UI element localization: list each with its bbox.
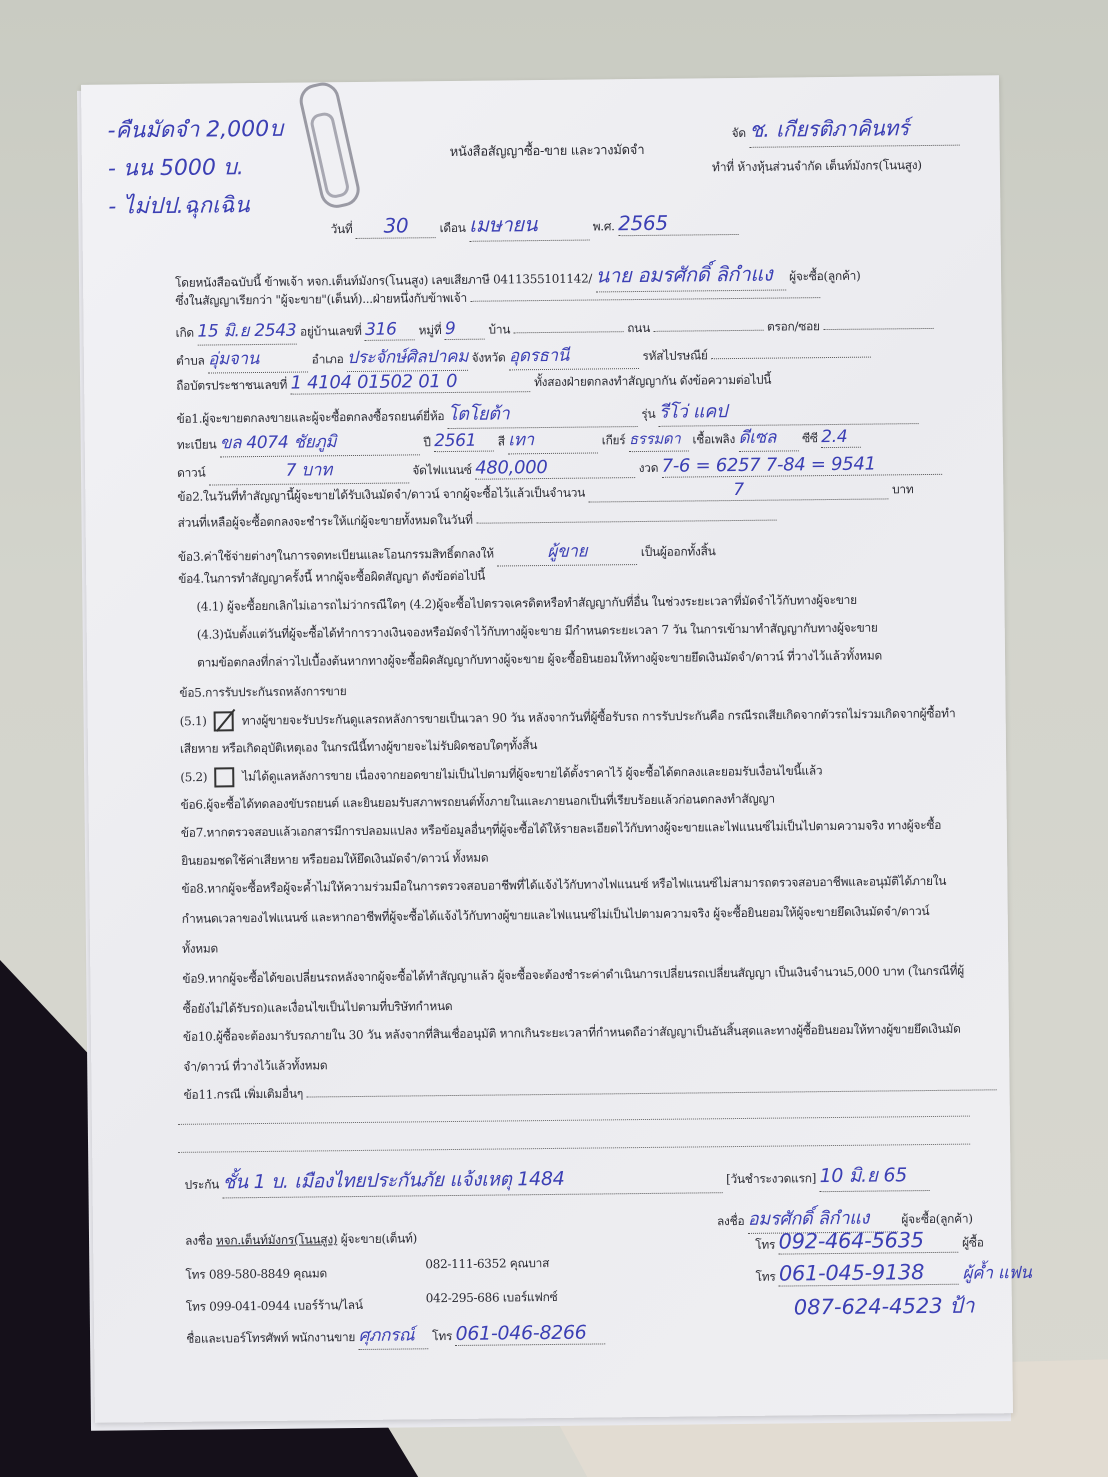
buyer-phone-1: โทร 092-464-5635 ผู้ซื้อ bbox=[755, 1227, 984, 1254]
year-value: 2565 bbox=[618, 210, 738, 236]
document-title: หนังสือสัญญาซื้อ-ขาย และวางมัดจำ bbox=[450, 139, 645, 162]
down-value: 7 บาท bbox=[209, 455, 409, 485]
clause-7: ข้อ7.หากตรวจสอบแล้วเอกสารมีการปลอมแปลง ห… bbox=[181, 816, 941, 843]
seller-signature: ลงชื่อ หจก.เต็นท์มังกร(โนนสูง) ผู้จะขาย(… bbox=[185, 1229, 417, 1250]
clause-4: ข้อ4.ในการทำสัญญาครั้งนี้ หากผู้จะซื้อผิ… bbox=[178, 567, 485, 589]
clause-10: ข้อ10.ผู้ซื้อจะต้องมารับรถภายใน 30 วัน ห… bbox=[183, 1020, 961, 1047]
reg-value: ขล 4074 ชัยภูมิ bbox=[220, 427, 420, 457]
color-value: เทา bbox=[508, 425, 598, 454]
buyer-suffix: ผู้จะซื้อ(ลูกค้า) bbox=[789, 269, 860, 284]
seller-phone-3: โทร 099-041-0944 เบอร์ร้าน/ไลน์ bbox=[186, 1296, 363, 1317]
born-label: เกิด bbox=[176, 326, 194, 340]
amphoe-label: อำเภอ bbox=[311, 352, 343, 366]
clause-5-1-label: (5.1) bbox=[180, 714, 207, 728]
road-label: ถนน bbox=[627, 321, 650, 335]
finance-label: จัดไฟแนนซ์ bbox=[412, 463, 471, 478]
clause-11-text: ข้อ11.กรณี เพิ่มเติมอื่นๆ bbox=[184, 1087, 303, 1102]
date-line: วันที่ 30 เดือน เมษายน พ.ศ. 2565 bbox=[330, 206, 738, 243]
clause-2b-text: ส่วนที่เหลือผู้จะซื้อตกลงจะชำระให้แก่ผู้… bbox=[178, 513, 473, 530]
house-value: 316 bbox=[365, 319, 415, 341]
clause-9: ข้อ9.หากผู้จะซื้อได้ขอเปลี่ยนรถหลังจากผู… bbox=[182, 962, 964, 989]
clause-3-text: ข้อ3.ค่าใช้จ่ายต่างๆในการจดทะเบียนและโอน… bbox=[178, 547, 494, 564]
clause-8: ข้อ8.หากผู้จะซื้อหรือผู้จะค้ำไม่ให้ความร… bbox=[181, 872, 946, 899]
clause-8-end: ทั้งหมด bbox=[182, 939, 218, 958]
amphoe-value: ประจักษ์ศิลปาคม bbox=[347, 343, 468, 372]
issuer-field: จัด ช. เกียรติภาคินทร์ bbox=[731, 112, 959, 148]
cc-label: ซีซี bbox=[802, 431, 818, 445]
born-value: 15 มิ.ย 2543 bbox=[197, 317, 296, 346]
installment-label: งวด bbox=[639, 461, 659, 475]
staff-phone-label: โทร bbox=[432, 1329, 452, 1343]
fuel-value: ดีเซล bbox=[738, 423, 798, 452]
phone-label: โทร bbox=[755, 1238, 775, 1252]
sales-staff-line: ชื่อและเบอร์โทรศัพท์ พนักงานขาย ศุภกรณ์ … bbox=[186, 1319, 606, 1351]
seller-phone-4: 042-295-686 เบอร์แฟกซ์ bbox=[426, 1288, 558, 1308]
installment-value: 7-6 = 6257 7-84 = 9541 bbox=[662, 453, 942, 478]
buyer-role: ผู้จะซื้อ(ลูกค้า) bbox=[901, 1212, 972, 1227]
id-value: 1 4104 01502 01 0 bbox=[290, 370, 530, 395]
issuer-value: ช. เกียรติภาคินทร์ bbox=[749, 112, 959, 148]
insurance-line: ประกัน ชั้น 1 บ. เมืองไทยประกันภัย แจ้งเ… bbox=[184, 1160, 929, 1199]
province-value: อุดรธานี bbox=[509, 341, 639, 370]
clause-5: ข้อ5.การรับประกันรถหลังการขาย bbox=[179, 682, 346, 703]
clause-5-2-label: (5.2) bbox=[180, 770, 207, 784]
clause-2a-text: ข้อ2.ในวันที่ทำสัญญานี้ผู้จะขายได้รับเงิ… bbox=[177, 486, 585, 504]
clause-4-3: (4.3)นับตั้งแต่วันที่ผู้จะซื้อได้ทำการวา… bbox=[197, 619, 878, 645]
tambon-value: อุ่มจาน bbox=[208, 344, 308, 373]
clause-7-cont: ยินยอมชดใช้ค่าเสียหาย หรือยอมให้ยึดเงินม… bbox=[181, 849, 488, 871]
staff-label: ชื่อและเบอร์โทรศัพท์ พนักงานขาย bbox=[186, 1330, 355, 1346]
model-label: รุ่น bbox=[641, 407, 655, 421]
first-payment-value: 10 มิ.ย 65 bbox=[819, 1160, 929, 1192]
staff-phone: 061-046-8266 bbox=[455, 1321, 605, 1346]
buyer-phone-2-suffix: ผู้ค้ำ แฟน bbox=[962, 1263, 1031, 1284]
province-label: จังหวัด bbox=[472, 350, 506, 364]
gear-label: เกียร์ bbox=[602, 433, 626, 447]
fuel-label: เชื้อเพลิง bbox=[692, 432, 735, 446]
buyer-phone-2-value: 061-045-9138 bbox=[779, 1260, 959, 1287]
clause-4-1: (4.1) ผู้จะซื้อยกเลิกไม่เอารถไม่ว่ากรณีใ… bbox=[196, 591, 856, 617]
insurance-label: ประกัน bbox=[184, 1177, 219, 1191]
intro-text: โดยหนังสือฉบับนี้ ข้าพเจ้า หจก.เต็นท์มัง… bbox=[175, 272, 592, 290]
phone-label: โทร bbox=[755, 1270, 775, 1284]
margin-note: - ไม่ปป.ฉุกเฉิน bbox=[108, 187, 284, 227]
year-label: พ.ศ. bbox=[593, 219, 615, 233]
house-label: อยู่บ้านเลขที่ bbox=[300, 324, 362, 339]
issuer-label: จัด bbox=[731, 126, 745, 140]
seller-phone-1: โทร 089-580-8849 คุณมด bbox=[185, 1264, 327, 1284]
clause-3-value: ผู้ขาย bbox=[497, 537, 637, 566]
margin-note: - นน 5000 บ. bbox=[108, 149, 284, 189]
finance-value: 480,000 bbox=[475, 456, 635, 480]
clause-3: ข้อ3.ค่าใช้จ่ายต่างๆในการจดทะเบียนและโอน… bbox=[178, 536, 716, 570]
clause-8-cont: กำหนดเวลาของไฟแนนซ์ และหากอาชีพที่ผู้จะซ… bbox=[182, 902, 930, 929]
insurance-value: ชั้น 1 บ. เมืองไทยประกันภัย แจ้งเหตุ 148… bbox=[222, 1162, 722, 1198]
vehicle-year-label: ปี bbox=[423, 435, 430, 449]
warranty-checkbox-5-1[interactable] bbox=[214, 711, 234, 731]
tambon-label: ตำบล bbox=[176, 354, 205, 368]
buyer-phone-2: โทร 061-045-9138 ผู้ค้ำ แฟน bbox=[755, 1259, 1031, 1289]
contract-document: -คืนมัดจำ 2,000บ - นน 5000 บ. - ไม่ปป.ฉุ… bbox=[81, 75, 1013, 1423]
day-label: วันที่ bbox=[330, 222, 352, 236]
clause-5-2-text: ไม่ได้ดูแลหลังการขาย เนื่องจากยอดขายไม่เ… bbox=[242, 764, 822, 784]
clause-5-1-text: ทางผู้ขายจะรับประกันดูแลรถหลังการขายเป็น… bbox=[242, 706, 956, 727]
moo-value: 9 bbox=[445, 319, 485, 340]
clause-2a-suffix: บาท bbox=[892, 482, 914, 496]
margin-notes: -คืนมัดจำ 2,000บ - นน 5000 บ. - ไม่ปป.ฉุ… bbox=[107, 111, 284, 227]
down-label: ดาวน์ bbox=[177, 466, 205, 480]
seller-name: หจก.เต็นท์มังกร(โนนสูง) bbox=[216, 1232, 337, 1247]
blank-line bbox=[178, 1116, 970, 1125]
clause-10-cont: จำ/ดาวน์ ที่วางไว้แล้วทั้งหมด bbox=[183, 1056, 327, 1077]
vehicle-year-value: 2561 bbox=[434, 431, 494, 453]
margin-note: -คืนมัดจำ 2,000บ bbox=[107, 111, 283, 151]
first-payment-label: [วันชำระงวดแรก] bbox=[726, 1171, 816, 1186]
model-value: รีโว่ แคป bbox=[659, 394, 919, 427]
seller-role: ผู้จะขาย(เต็นท์) bbox=[341, 1231, 417, 1246]
reg-label: ทะเบียน bbox=[177, 437, 217, 451]
seller-phone-2: 082-111-6352 คุณบาส bbox=[425, 1254, 549, 1274]
buyer-phone-1-value: 092-464-5635 bbox=[778, 1228, 958, 1255]
gear-value: ธรรมดา bbox=[629, 426, 689, 452]
moo-label: หมู่ที่ bbox=[419, 323, 442, 337]
cc-value: 2.4 bbox=[821, 427, 861, 448]
clause-5-2: (5.2) ไม่ได้ดูแลหลังการขาย เนื่องจากยอดข… bbox=[180, 761, 822, 788]
color-label: สี bbox=[498, 434, 505, 448]
clause-11: ข้อ11.กรณี เพิ่มเติมอื่นๆ bbox=[184, 1077, 997, 1105]
clause-6: ข้อ6.ผู้จะซื้อได้ทดลองขับรถยนต์ และยินยอ… bbox=[180, 790, 774, 815]
clause-5-1-cont: เสียหาย หรือเกิดอุบัติเหตุเอง ในกรณีนี้ท… bbox=[180, 736, 537, 759]
clause-5-1: (5.1) ทางผู้ขายจะรับประกันดูแลรถหลังการข… bbox=[180, 704, 956, 732]
blank-line bbox=[178, 1144, 970, 1153]
buyer-phone-3: 087-624-4523 ป้า bbox=[794, 1290, 975, 1325]
clause1-label: ข้อ1.ผู้จะขายตกลงขายและผู้จะซื้อตกลงซื้อ… bbox=[176, 409, 444, 426]
clause-2b: ส่วนที่เหลือผู้จะซื้อตกลงจะชำระให้แก่ผู้… bbox=[178, 508, 777, 533]
month-label: เดือน bbox=[439, 221, 465, 235]
buyer-phone-1-suffix: ผู้ซื้อ bbox=[962, 1235, 984, 1249]
id-suffix: ทั้งสองฝ่ายตกลงทำสัญญากัน ดังข้อความต่อไ… bbox=[534, 373, 771, 389]
postcode-label: รหัสไปรษณีย์ bbox=[642, 348, 707, 363]
street-label: ตรอก/ซอย bbox=[767, 319, 820, 334]
clause-2a-value: 7 bbox=[588, 478, 888, 502]
warranty-checkbox-5-2[interactable] bbox=[215, 767, 235, 787]
day-value: 30 bbox=[356, 213, 436, 239]
seller-line-text: ซึ่งในสัญญาเรียกว่า "ผู้จะขาย"(เต็นท์)..… bbox=[175, 291, 467, 308]
id-label: ถือบัตรประชาชนเลขที่ bbox=[176, 378, 287, 393]
buyer-sign-label: ลงชื่อ bbox=[717, 1214, 745, 1228]
clause-4-end: ตามข้อตกลงที่กล่าวไปเบื้องต้นหากทางผู้จะ… bbox=[197, 646, 882, 672]
clause-3-suffix: เป็นผู้ออกทั้งสิ้น bbox=[641, 544, 716, 559]
clause-9-cont: ซื้อยังไม่ได้รับรถ)และเงื่อนไขเป็นไปตามท… bbox=[183, 997, 453, 1019]
seller-sign-label: ลงชื่อ bbox=[185, 1234, 213, 1248]
made-at: ทำที่ ห้างหุ้นส่วนจำกัด เต็นท์มังกร(โนนส… bbox=[712, 156, 922, 177]
staff-name: ศุภกรณ์ bbox=[358, 1321, 428, 1350]
brand-value: โตโยต้า bbox=[448, 397, 638, 429]
month-value: เมษายน bbox=[469, 208, 589, 242]
village-label: บ้าน bbox=[488, 322, 510, 336]
